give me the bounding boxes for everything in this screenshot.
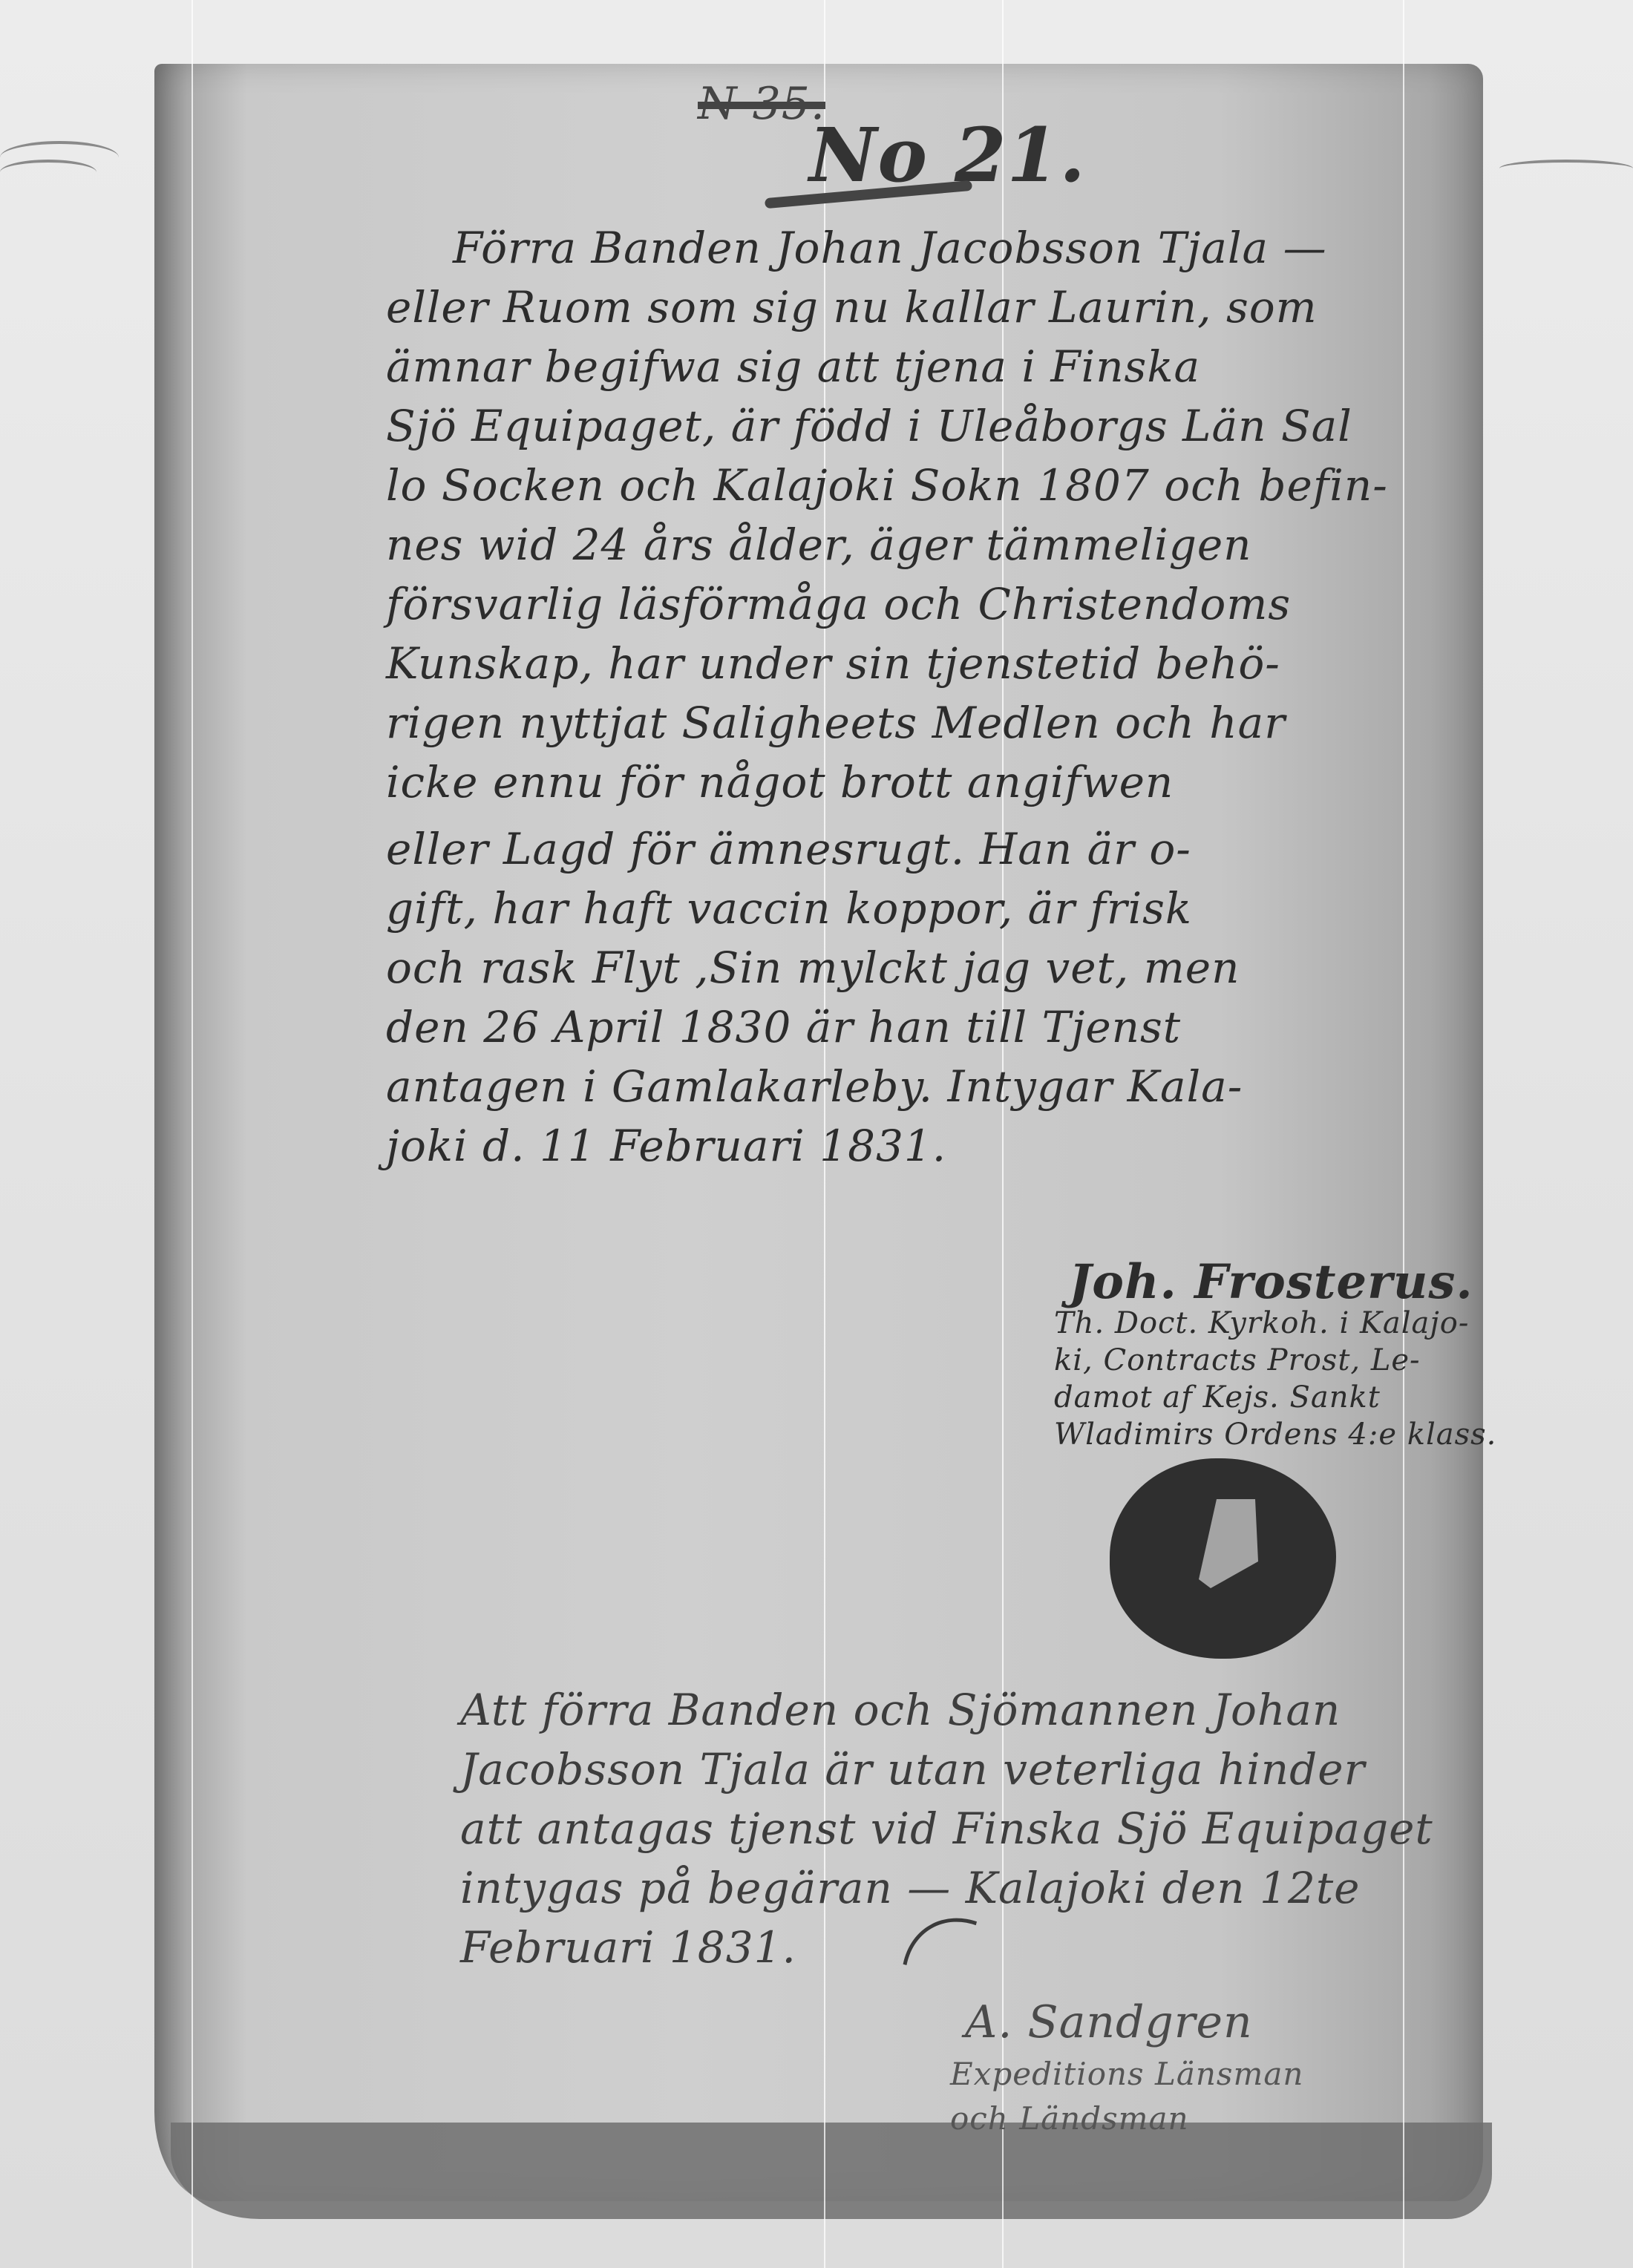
signature-title-line: ki, Contracts Prost, Le- bbox=[1054, 1343, 1421, 1377]
body-line: Förra Banden Johan Jacobsson Tjala — bbox=[453, 223, 1327, 273]
body-line: gift, har haft vaccin koppor, är frisk bbox=[386, 883, 1192, 934]
body-line: ämnar begifwa sig att tjena i Finska bbox=[386, 341, 1200, 392]
body-line: antagen i Gamlakarleby. Intygar Kala- bbox=[386, 1061, 1243, 1112]
endorsement-line: Jacobsson Tjala är utan veterliga hinder bbox=[460, 1744, 1365, 1795]
body-line: rigen nyttjat Saligheets Medlen och har bbox=[386, 698, 1286, 748]
endorsement-signature-name: A. Sandgren bbox=[965, 1996, 1253, 2048]
scan-scratch-line bbox=[1002, 0, 1004, 2268]
endorsement-signature-title: Expeditions Länsman bbox=[950, 2056, 1303, 2092]
background-pen-stroke bbox=[1499, 160, 1633, 177]
scan-scratch-line bbox=[192, 0, 193, 2268]
signature-title-line: Wladimirs Ordens 4:e klass. bbox=[1054, 1417, 1496, 1452]
background-pen-stroke bbox=[0, 160, 96, 185]
signature-name: Joh. Frosterus. bbox=[1069, 1254, 1473, 1310]
body-line: icke ennu för något brott angifwen bbox=[386, 757, 1174, 807]
signature-title-line: Th. Doct. Kyrkoh. i Kalajo- bbox=[1054, 1306, 1469, 1340]
endorsement-signature-title: och Ländsman bbox=[950, 2100, 1189, 2137]
endorsement-line: Februari 1831. bbox=[460, 1922, 796, 1973]
body-line: försvarlig läsförmåga och Christendoms bbox=[386, 579, 1291, 629]
body-line: och rask Flyt ,Sin mylckt jag vet, men bbox=[386, 943, 1240, 993]
body-line: joki d. 11 Februari 1831. bbox=[386, 1121, 946, 1171]
body-line: nes wid 24 års ålder, äger tämmeligen bbox=[386, 520, 1252, 570]
page-shadow bbox=[171, 2123, 1492, 2219]
endorsement-line: Att förra Banden och Sjömannen Johan bbox=[460, 1685, 1341, 1735]
endorsement-line: intygas på begäran — Kalajoki den 12te bbox=[460, 1863, 1360, 1913]
body-line: eller Lagd för ämnesrugt. Han är o- bbox=[386, 824, 1191, 874]
body-line: den 26 April 1830 är han till Tjenst bbox=[386, 1002, 1181, 1052]
body-line: Kunskap, har under sin tjenstetid behö- bbox=[386, 638, 1280, 689]
body-line: lo Socken och Kalajoki Sokn 1807 och bef… bbox=[386, 460, 1388, 511]
scan-scratch-line bbox=[1403, 0, 1404, 2268]
signature-title-line: damot af Kejs. Sankt bbox=[1054, 1380, 1381, 1415]
body-line: Sjö Equipaget, är född i Uleåborgs Län S… bbox=[386, 401, 1352, 451]
body-line: eller Ruom som sig nu kallar Laurin, som bbox=[386, 282, 1318, 332]
endorsement-line: att antagas tjenst vid Finska Sjö Equipa… bbox=[460, 1803, 1433, 1854]
struck-reference-number: N 35. bbox=[698, 78, 825, 130]
